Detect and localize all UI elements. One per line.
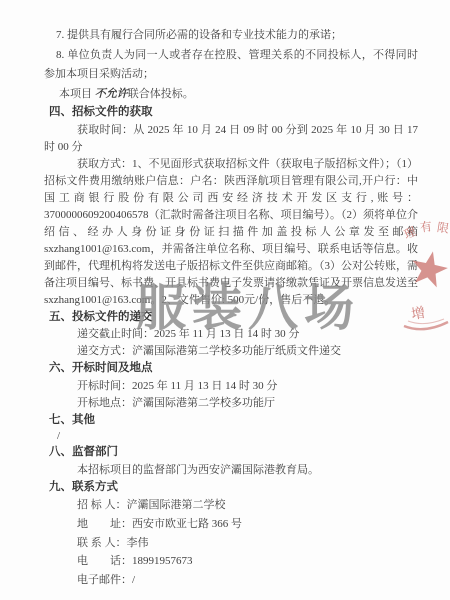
other-placeholder: / — [44, 429, 418, 444]
clause-7: 7. 提供具有履行合同所必需的设备和专业技术能力的承诺； — [44, 26, 418, 46]
section-heading-supervision: 八、监督部门 — [44, 444, 418, 462]
opening-place-line: 开标地点：浐灞国际港第二学校多功能厅 — [44, 395, 418, 412]
submission-method-line: 递交方式：浐灞国际港第二学校多功能厅纸质文件递交 — [44, 343, 418, 360]
consortium-statement: 本项目 不允许联合体投标。 — [44, 85, 418, 105]
seal-arc-char-2: 有 — [419, 220, 433, 235]
section-heading-contact: 九、联系方式 — [44, 479, 418, 497]
supervision-department-line: 本招标项目的监督部门为西安浐灞国际港教育局。 — [44, 462, 418, 479]
obtain-time-line: 获取时间：从 2025 年 10 月 24 日 09 时 00 分到 2025 … — [44, 122, 418, 156]
consortium-emphasis: 不允许 — [95, 88, 128, 100]
document-body: 7. 提供具有履行合同所必需的设备和专业技术能力的承诺； 8. 单位负责人为同一… — [44, 26, 418, 590]
document-page: 7. 提供具有履行合同所必需的设备和专业技术能力的承诺； 8. 单位负责人为同一… — [0, 0, 450, 600]
obtain-method-paragraph: 获取方式：1、不见面形式获取招标文件（获取电子版招标文件）；（1）招标文件费用缴… — [44, 156, 418, 309]
contact-phone-line: 电 话：18991957673 — [44, 552, 418, 571]
clause-8: 8. 单位负责人为同一人或者存在控股、管理关系的不同投标人，不得同时参加本项目采… — [44, 46, 418, 85]
contact-address-line: 地 址：西安市欧亚七路 366 号 — [44, 515, 418, 534]
section-heading-bid-opening: 六、开标时间及地点 — [44, 360, 418, 378]
consortium-suffix: 联合体投标。 — [128, 88, 194, 100]
submission-deadline-line: 递交截止时间：2025 年 11 月 13 日 14 时 30 分 — [44, 326, 418, 343]
seal-arc-char-3: 限 — [436, 220, 450, 236]
section-heading-bid-submission: 五、投标文件的递交 — [44, 309, 418, 327]
contact-person-line: 联 系 人：李伟 — [44, 534, 418, 553]
contact-email-line: 电子邮件：/ — [44, 571, 418, 590]
section-heading-other: 七、其他 — [44, 412, 418, 430]
contact-tenderer-line: 招 标 人：浐灞国际港第二学校 — [44, 496, 418, 515]
opening-time-line: 开标时间：2025 年 11 月 13 日 14 时 30 分 — [44, 378, 418, 395]
section-heading-obtain-documents: 四、招标文件的获取 — [44, 104, 418, 122]
consortium-prefix: 本项目 — [59, 88, 95, 100]
